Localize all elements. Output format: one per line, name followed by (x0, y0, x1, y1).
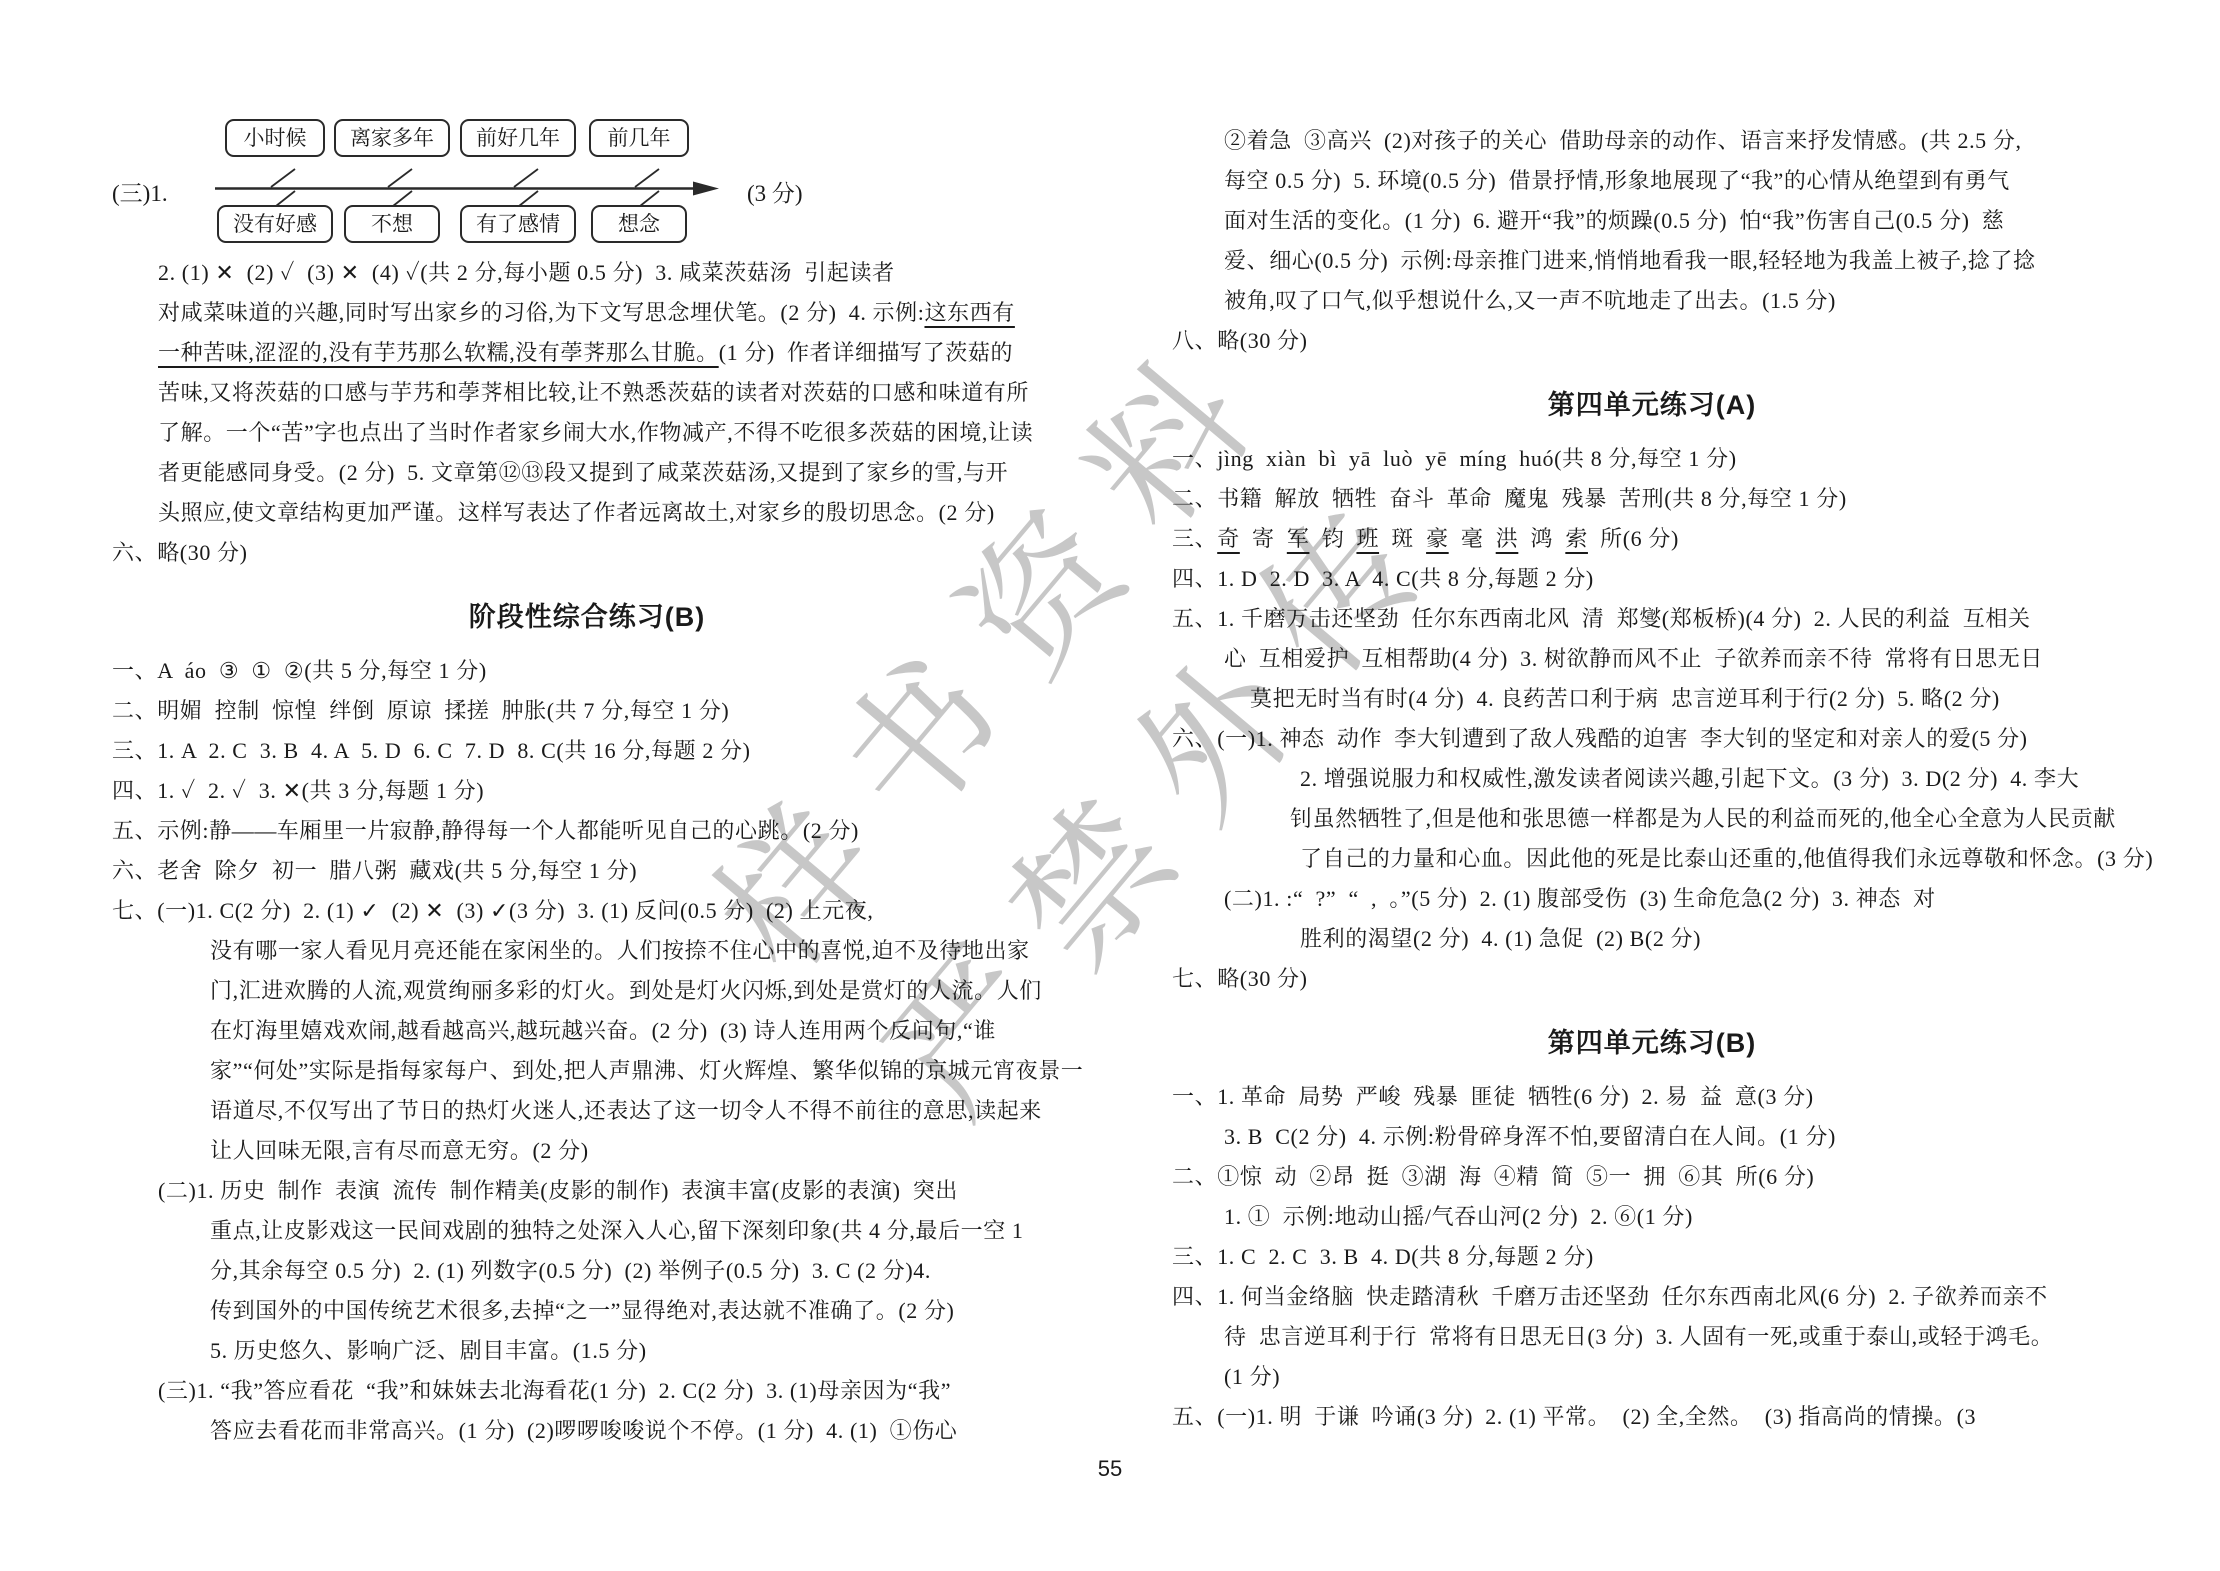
answer-text: 斑 (1379, 526, 1426, 551)
flow-box-top-2: 离家多年 (334, 119, 450, 157)
answer-text: 三、 (1172, 526, 1217, 551)
timeline-diagram: (三)1. (3 分) 小时候 离家多年 前好几年 前几年 没有好感 不想 有了… (105, 113, 1105, 263)
text-line: ②着急 ③高兴 (2)对孩子的关心 借助母亲的动作、语言来抒发情感。(共 2.5… (1224, 121, 2132, 161)
text-line: 2. 增强说服力和权威性,激发读者阅读兴趣,引起下文。(3 分) 3. D(2 … (1300, 759, 2132, 799)
text-line: 五、(一)1. 明 于谦 吟诵(3 分) 2. (1) 平常。 (2) 全,全然… (1172, 1397, 2132, 1437)
answer-text: (1 分) 作者详细描写了茨菇的 (719, 340, 1013, 365)
text-line: 苦味,又将茨菇的口感与芋艿和荸荠相比较,让不熟悉茨菇的读者对茨菇的口感和味道有所 (158, 373, 1062, 413)
text-line: 心 互相爱护 互相帮助(4 分) 3. 树欲静而风不止 子欲养而亲不待 常将有日… (1224, 639, 2132, 679)
text-line: 分,其余每空 0.5 分) 2. (1) 列数字(0.5 分) (2) 举例子(… (210, 1251, 1062, 1291)
text-line: 三、奇 寄 军 钧 班 斑 豪 毫 洪 鸿 索 所(6 分) (1172, 519, 2132, 559)
text-line: (三)1. “我”答应看花 “我”和妹妹去北海看花(1 分) 2. C(2 分)… (158, 1371, 1062, 1411)
answer-text: 毫 (1449, 526, 1496, 551)
text-line: 六、老舍 除夕 初一 腊八粥 藏戏(共 5 分,每空 1 分) (112, 851, 1062, 891)
text-line: 在灯海里嬉戏欢闹,越看越高兴,越玩越兴奋。(2 分) (3) 诗人连用两个反问句… (210, 1011, 1062, 1051)
underlined-answer: 洪 (1496, 526, 1519, 551)
text-line: 1. ① 示例:地动山摇/气吞山河(2 分) 2. ⑥(1 分) (1224, 1197, 2132, 1237)
text-line: 对咸菜味道的兴趣,同时写出家乡的习俗,为下文写思念埋伏笔。(2 分) 4. 示例… (158, 293, 1062, 333)
arrowhead-icon (693, 182, 719, 196)
text-line: 胜利的渴望(2 分) 4. (1) 急促 (2) B(2 分) (1300, 919, 2132, 959)
text-line: (二)1. :“ ?” “ , 。”(5 分) 2. (1) 腹部受伤 (3) … (1224, 879, 2132, 919)
underlined-answer: 军 (1287, 526, 1310, 551)
text-line: 3. B C(2 分) 4. 示例:粉骨碎身浑不怕,要留清白在人间。(1 分) (1224, 1117, 2132, 1157)
text-line: 二、①惊 动 ②昂 挺 ③湖 海 ④精 简 ⑤一 拥 ⑥其 所(6 分) (1172, 1157, 2132, 1197)
text-line: 四、1. 何当金络脑 快走踏清秋 千磨万击还坚劲 任尔东西南北风(6 分) 2.… (1172, 1277, 2132, 1317)
section-heading: 第四单元练习(A) (1172, 385, 2132, 425)
section-heading: 第四单元练习(B) (1172, 1023, 2132, 1063)
text-line: (二)1. 历史 制作 表演 流传 制作精美(皮影的制作) 表演丰富(皮影的表演… (158, 1171, 1062, 1211)
text-line: 待 忠言逆耳利于行 常将有日思无日(3 分) 3. 人固有一死,或重于泰山,或轻… (1224, 1317, 2132, 1357)
text-line: 七、(一)1. C(2 分) 2. (1) ✓ (2) ✕ (3) ✓(3 分)… (112, 891, 1062, 931)
text-line: 重点,让皮影戏这一民间戏剧的独特之处深入人心,留下深刻印象(共 4 分,最后一空… (210, 1211, 1062, 1251)
text-line: 头照应,使文章结构更加严谨。这样写表达了作者远离故土,对家乡的殷切思念。(2 分… (158, 493, 1062, 533)
underlined-answer: 豪 (1426, 526, 1449, 551)
text-line: 五、示例:静——车厢里一片寂静,静得每一个人都能听见自己的心跳。(2 分) (112, 811, 1062, 851)
text-line: 二、书籍 解放 牺牲 奋斗 革命 魔鬼 残暴 苦刑(共 8 分,每空 1 分) (1172, 479, 2132, 519)
flow-box-bottom-1: 没有好感 (217, 205, 333, 243)
underlined-answer: 索 (1565, 526, 1588, 551)
text-line: 一种苦味,涩涩的,没有芋艿那么软糯,没有荸荠那么甘脆。(1 分) 作者详细描写了… (158, 333, 1062, 373)
underlined-answer: 这东西有 (924, 300, 1014, 325)
flow-box-bottom-2: 不想 (344, 205, 440, 243)
text-line: 二、明媚 控制 惊惶 绊倒 原谅 揉搓 肿胀(共 7 分,每空 1 分) (112, 691, 1062, 731)
text-line: 四、1. D 2. D 3. A 4. C(共 8 分,每题 2 分) (1172, 559, 2132, 599)
text-line: 一、1. 革命 局势 严峻 残暴 匪徒 牺牲(6 分) 2. 易 益 意(3 分… (1172, 1077, 2132, 1117)
text-line: 5. 历史悠久、影响广泛、剧目丰富。(1.5 分) (210, 1331, 1062, 1371)
text-line: 钊虽然牺牲了,但是他和张思德一样都是为人民的利益而死的,他全心全意为人民贡献 (1290, 799, 2132, 839)
text-line: 四、1. ✓ 2. ✓ 3. ✕(共 3 分,每题 1 分) (112, 771, 1062, 811)
flow-box-top-3: 前好几年 (460, 119, 576, 157)
flow-box-top-1: 小时候 (225, 119, 325, 157)
underlined-answer: 一种苦味,涩涩的,没有芋艿那么软糯,没有荸荠那么甘脆。 (158, 340, 719, 365)
text-line: 六、略(30 分) (112, 533, 1062, 573)
text-line: 八、略(30 分) (1172, 321, 2132, 361)
flow-box-bottom-4: 想念 (591, 205, 687, 243)
text-line: 七、略(30 分) (1172, 959, 2132, 999)
text-line: 者更能感同身受。(2 分) 5. 文章第⑫⑬段又提到了咸菜茨菇汤,又提到了家乡的… (158, 453, 1062, 493)
text-line: 三、1. A 2. C 3. B 4. A 5. D 6. C 7. D 8. … (112, 731, 1062, 771)
answer-text: 鸿 (1518, 526, 1565, 551)
underlined-answer: 奇 (1217, 526, 1240, 551)
answer-text: 寄 (1240, 526, 1287, 551)
text-line: 没有哪一家人看见月亮还能在家闲坐的。人们按捺不住心中的喜悦,迫不及待地出家 (210, 931, 1062, 971)
text-line: 爱、细心(0.5 分) 示例:母亲推门进来,悄悄地看我一眼,轻轻地为我盖上被子,… (1224, 241, 2132, 281)
answer-text: 所(6 分) (1588, 526, 1679, 551)
flow-box-top-4: 前几年 (589, 119, 689, 157)
answer-column-left: 2. (1) ✕ (2) ✓ (3) ✕ (4) ✓(共 2 分,每小题 0.5… (112, 253, 1062, 1451)
underlined-answer: 班 (1356, 526, 1379, 551)
text-line: 三、1. C 2. C 3. B 4. D(共 8 分,每题 2 分) (1172, 1237, 2132, 1277)
answer-column-right: ②着急 ③高兴 (2)对孩子的关心 借助母亲的动作、语言来抒发情感。(共 2.5… (1172, 121, 2132, 1437)
text-line: (1 分) (1224, 1357, 2132, 1397)
answer-text: 钧 (1309, 526, 1356, 551)
text-line: 2. (1) ✕ (2) ✓ (3) ✕ (4) ✓(共 2 分,每小题 0.5… (158, 253, 1062, 293)
text-line: 了解。一个“苦”字也点出了当时作者家乡闹大水,作物减产,不得不吃很多茨菇的困境,… (158, 413, 1062, 453)
text-line: 六、(一)1. 神态 动作 李大钊遭到了敌人残酷的迫害 李大钊的坚定和对亲人的爱… (1172, 719, 2132, 759)
flow-box-bottom-3: 有了感情 (460, 205, 576, 243)
section-heading: 阶段性综合练习(B) (112, 597, 1062, 637)
text-line: 答应去看花而非常高兴。(1 分) (2)啰啰唆唆说个不停。(1 分) 4. (1… (210, 1411, 1062, 1451)
text-line: 莫把无时当有时(4 分) 4. 良药苦口利于病 忠言逆耳利于行(2 分) 5. … (1250, 679, 2132, 719)
text-line: 门,汇进欢腾的人流,观赏绚丽多彩的灯火。到处是灯火闪烁,到处是赏灯的人流。人们 (210, 971, 1062, 1011)
text-line: 传到国外的中国传统艺术很多,去掉“之一”显得绝对,表达就不准确了。(2 分) (210, 1291, 1062, 1331)
text-line: 让人回味无限,言有尽而意无穷。(2 分) (210, 1131, 1062, 1171)
text-line: 家”“何处”实际是指每家每户、到处,把人声鼎沸、灯火辉煌、繁华似锦的京城元宵夜景… (210, 1051, 1062, 1091)
answer-text: 对咸菜味道的兴趣,同时写出家乡的习俗,为下文写思念埋伏笔。(2 分) 4. 示例… (158, 300, 924, 325)
text-line: 被角,叹了口气,似乎想说什么,又一声不吭地走了出去。(1.5 分) (1224, 281, 2132, 321)
text-line: 面对生活的变化。(1 分) 6. 避开“我”的烦躁(0.5 分) 怕“我”伤害自… (1224, 201, 2132, 241)
text-line: 语道尽,不仅写出了节日的热灯火迷人,还表达了这一切令人不得不前往的意思,读起来 (210, 1091, 1062, 1131)
text-line: 了自己的力量和心血。因此他的死是比泰山还重的,他值得我们永远尊敬和怀念。(3 分… (1300, 839, 2132, 879)
page-number: 55 (0, 1456, 2220, 1482)
text-line: 每空 0.5 分) 5. 环境(0.5 分) 借景抒情,形象地展现了“我”的心情… (1224, 161, 2132, 201)
text-line: 一、A áo ③ ① ②(共 5 分,每空 1 分) (112, 651, 1062, 691)
answer-key-page: 样书资料 严禁外传 (三)1. (3 分) 小时候 离家多年 前好几年 前几年 … (0, 0, 2220, 1571)
text-line: 五、1. 千磨万击还坚劲 任尔东西南北风 清 郑燮(郑板桥)(4 分) 2. 人… (1172, 599, 2132, 639)
text-line: 一、jìng xiàn bì yā luò yē míng huó(共 8 分,… (1172, 439, 2132, 479)
